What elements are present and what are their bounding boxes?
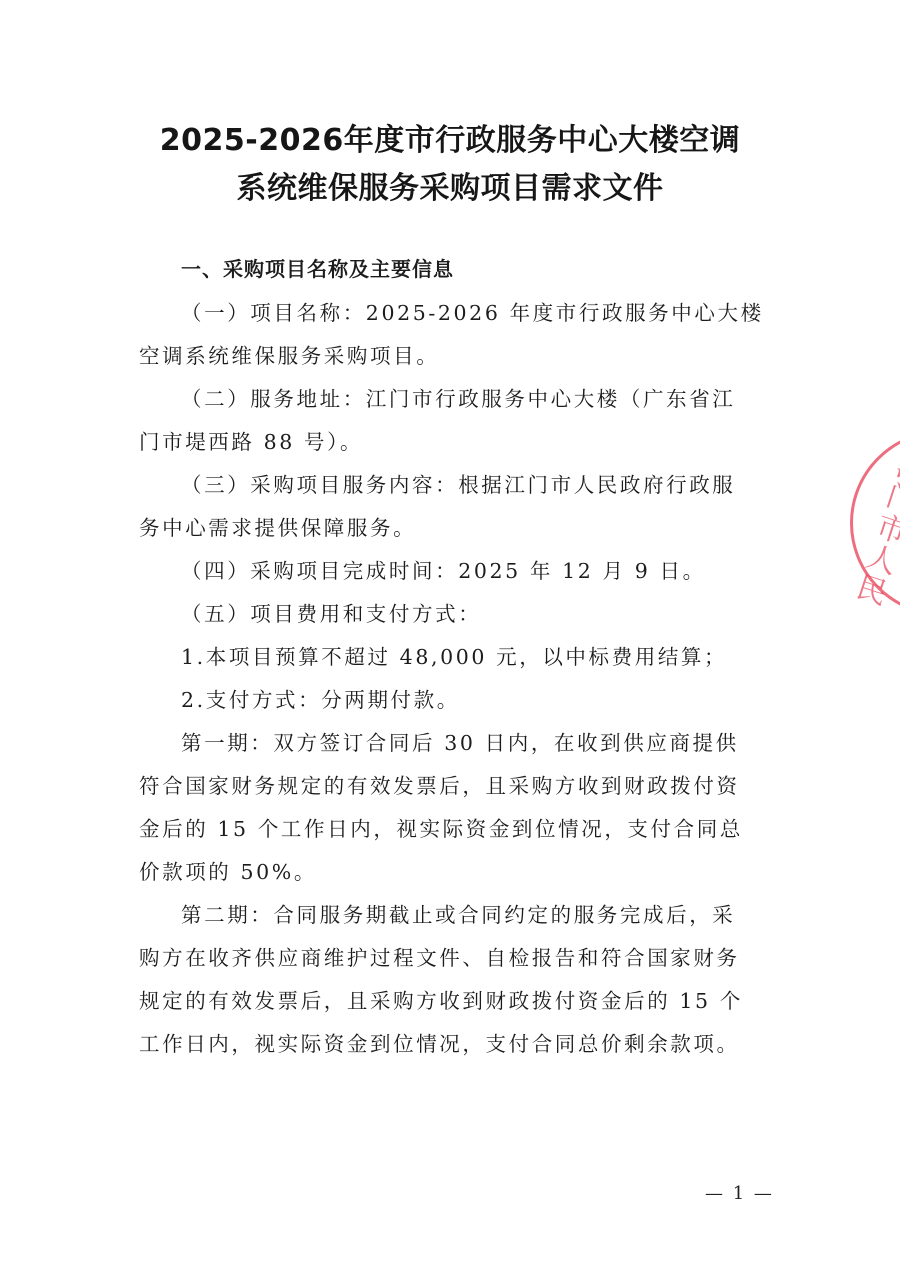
paragraph-line: 1.本项目预算不超过 48,000 元，以中标费用结算； (181, 640, 811, 670)
paragraph-line: 规定的有效发票后，且采购方收到财政拨付资金后的 15 个 (139, 984, 769, 1014)
page-number: — 1 — (705, 1183, 774, 1204)
paragraph-line: 价款项的 50%。 (139, 855, 769, 885)
paragraph-line: 第一期：双方签订合同后 30 日内，在收到供应商提供 (181, 726, 811, 756)
paragraph-line: （五）项目费用和支付方式： (181, 597, 811, 627)
paragraph-line: 门市堤西路 88 号）。 (139, 425, 769, 455)
paragraph-line: （四）采购项目完成时间：2025 年 12 月 9 日。 (181, 554, 811, 584)
paragraph-line: 2.支付方式：分两期付款。 (181, 683, 811, 713)
paragraph-line: 空调系统维保服务采购项目。 (139, 339, 769, 369)
paragraph-line: （二）服务地址：江门市行政服务中心大楼（广东省江 (181, 382, 811, 412)
document-page: 2025-2026年度市行政服务中心大楼空调 系统维保服务采购项目需求文件 一、… (0, 0, 900, 1272)
paragraph-line: 第二期：合同服务期截止或合同约定的服务完成后，采 (181, 898, 811, 928)
paragraph-line: 金后的 15 个工作日内，视实际资金到位情况，支付合同总 (139, 812, 769, 842)
section-heading: 一、采购项目名称及主要信息 (181, 253, 811, 282)
document-title-line-2: 系统维保服务采购项目需求文件 (0, 163, 900, 207)
paragraph-line: （一）项目名称：2025-2026 年度市行政服务中心大楼 (181, 296, 811, 326)
paragraph-line: 工作日内，视实际资金到位情况，支付合同总价剩余款项。 (139, 1027, 769, 1057)
paragraph-line: 符合国家财务规定的有效发票后，且采购方收到财政拨付资 (139, 769, 769, 799)
paragraph-line: 购方在收齐供应商维护过程文件、自检报告和符合国家财务 (139, 941, 769, 971)
paragraph-line: 务中心需求提供保障服务。 (139, 511, 769, 541)
document-title-line-1: 2025-2026年度市行政服务中心大楼空调 (0, 115, 900, 159)
paragraph-line: （三）采购项目服务内容：根据江门市人民政府行政服 (181, 468, 811, 498)
